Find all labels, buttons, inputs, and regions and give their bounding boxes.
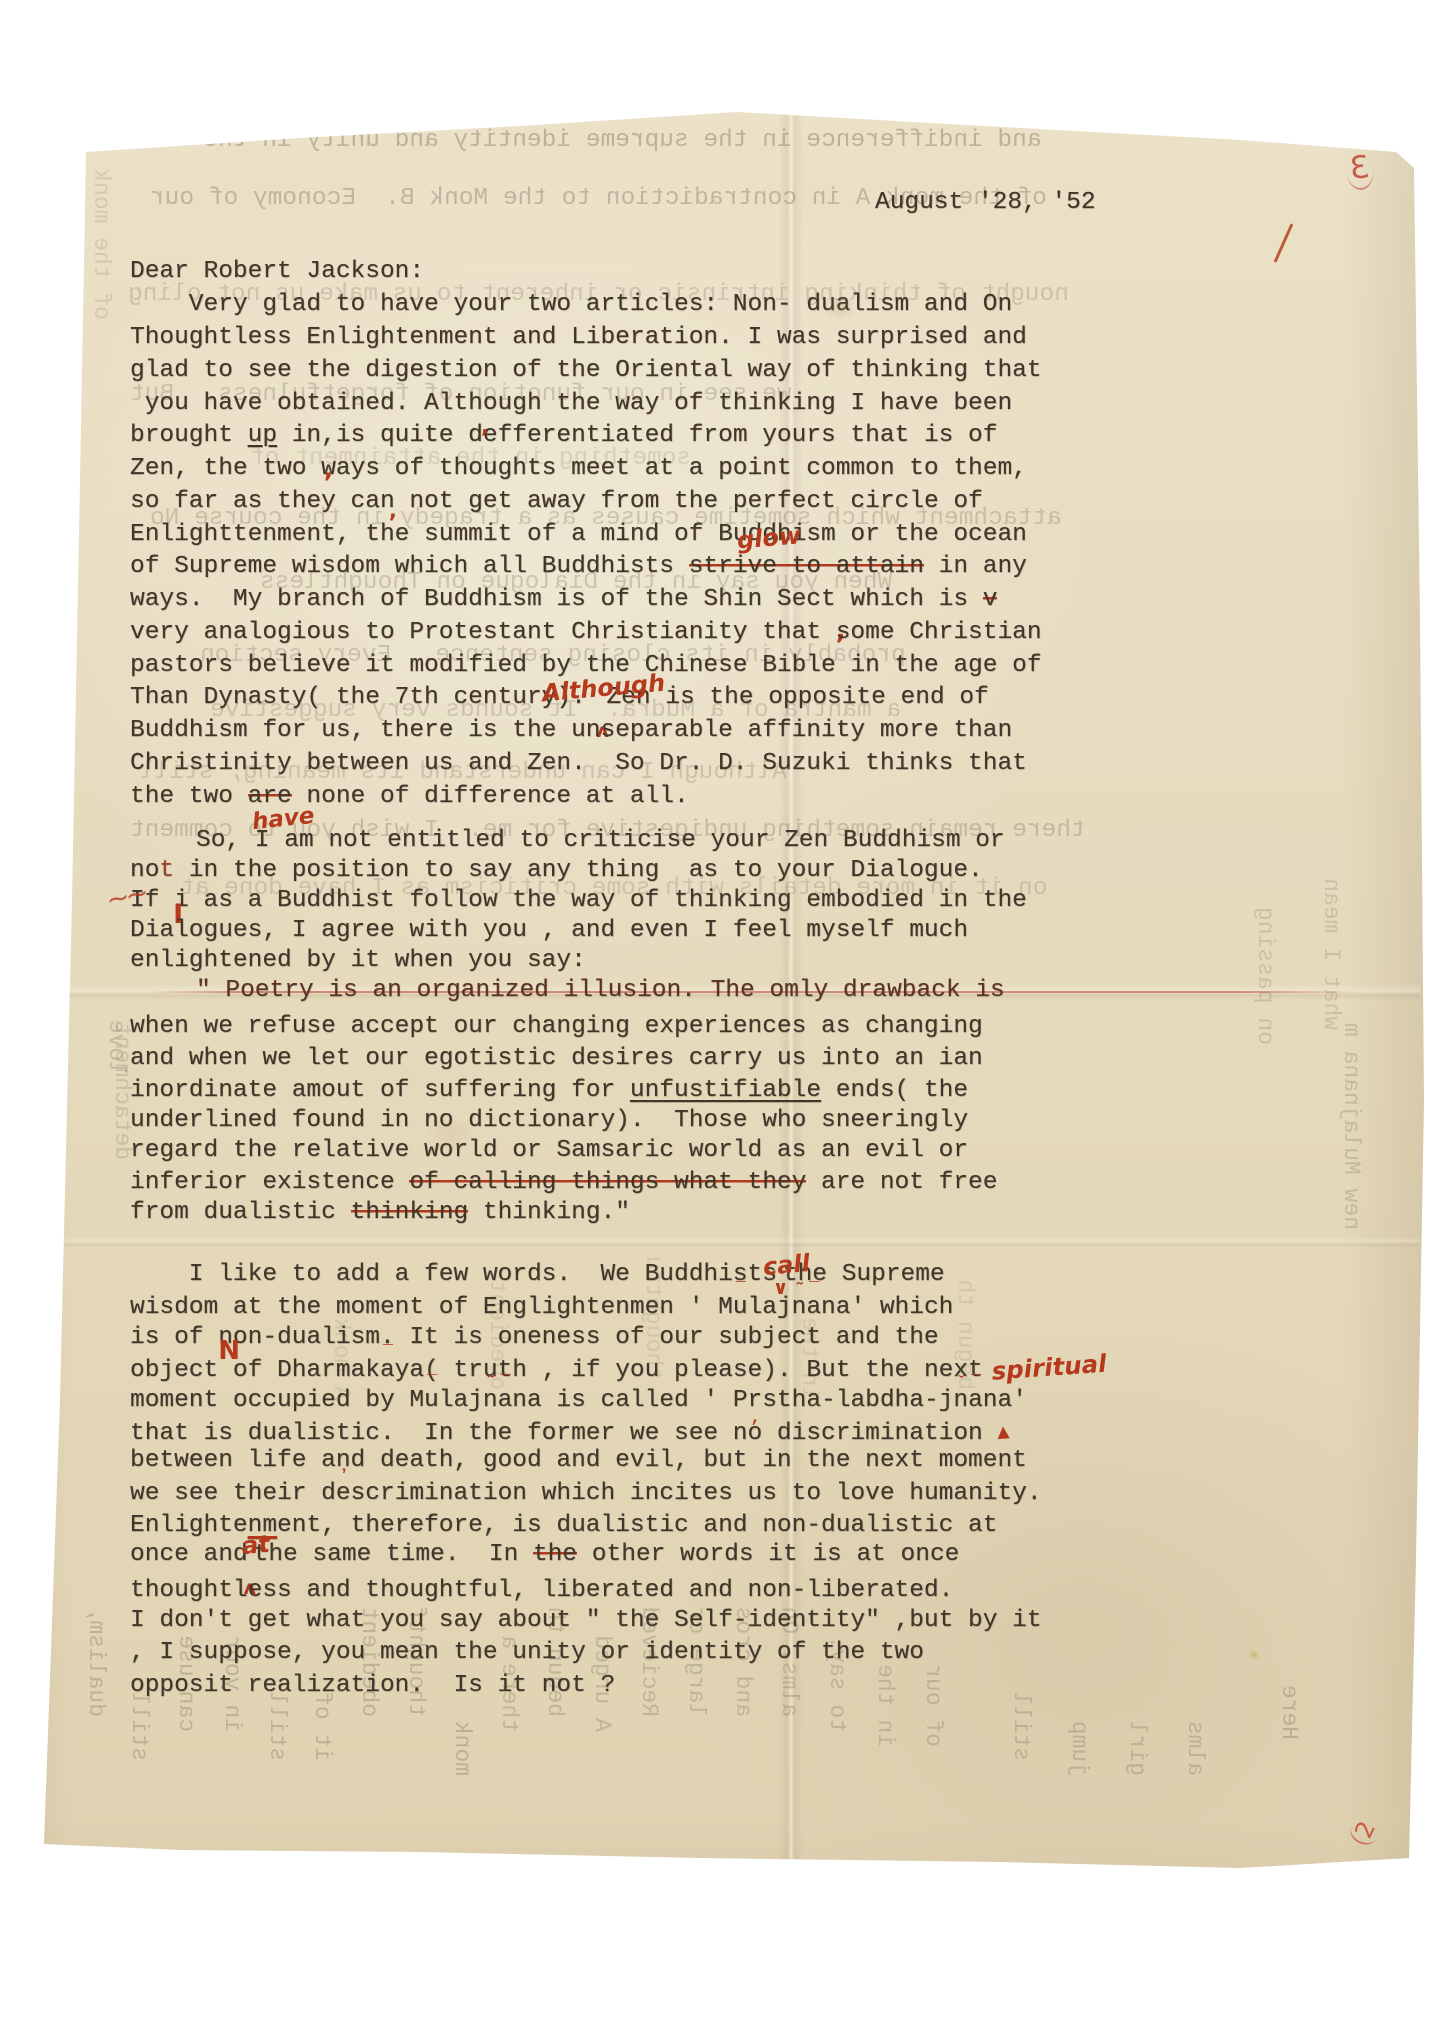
typed-line: regard the relative world or Samsaric wo…: [130, 1138, 968, 1163]
typed-line: , I suppose, you mean the unity or ident…: [130, 1640, 924, 1665]
typed-line: between life and death, good and evil, b…: [130, 1448, 1027, 1473]
bleedthrough-column: dualism,: [84, 1607, 107, 1717]
typed-line: I like to add a few words. We Buddhistsc…: [130, 1262, 945, 1287]
bleedthrough-column: it of: [310, 1692, 333, 1761]
typed-line: Dear Robert Jackson:: [130, 259, 424, 284]
bleedthrough-column: girl: [1125, 1721, 1148, 1776]
typed-line: Thoughtless Enlightenment and Liberation…: [130, 325, 1027, 350]
bleedthrough-column: in the: [873, 1664, 896, 1747]
typed-line: that is dualistic. In the former we see …: [130, 1418, 1010, 1446]
bleedthrough-column: on passing: [1253, 907, 1276, 1045]
typed-line: Very glad to have your two articles: Non…: [130, 292, 1012, 317]
typed-line: Buddhism for us, there is the unseparabl…: [130, 718, 1012, 743]
paper-stain: [1248, 1650, 1260, 1660]
lower-fold-crease: [60, 1236, 1420, 1248]
typed-line: moment occupied by Mulajnana¯˜¯ is calle…: [130, 1388, 1027, 1413]
typed-line: enlightened by it when you say:: [130, 948, 586, 973]
bleedthrough-column: what I mean: [1319, 878, 1342, 1030]
typed-line: pastors believe it modified by the Chine…: [130, 653, 1042, 678]
typed-line: August '28, '52: [875, 190, 1096, 215]
typed-line: opposit realization. Is it not ?: [130, 1673, 615, 1698]
typed-line: glad to see the digestion of the Orienta…: [130, 358, 1042, 383]
scanned-letter: and indifference in the supreme identity…: [0, 0, 1445, 2023]
typed-line: not in the position to say any thing as …: [130, 858, 983, 883]
typed-line: you have obtained. Although the way of t…: [130, 391, 1012, 416]
typed-line: " Poetry is an organized illusion. The o…: [196, 978, 1005, 1003]
typed-line: the two arehave none of difference at al…: [130, 784, 689, 809]
typed-line: when we refuse accept our changing exper…: [130, 1014, 983, 1039]
typed-line: of Supreme wisdom which all Buddhists st…: [130, 554, 1027, 579]
bleedthrough-column: of the monk: [89, 168, 112, 320]
letter-paper: and indifference in the supreme identity…: [0, 0, 1445, 2023]
typed-line: and when we let our egotistic desires ca…: [130, 1046, 983, 1071]
typed-line: So, I am not entitled to criticise your …: [196, 828, 1005, 853]
bleedthrough-text: and indifference in the supreme identity…: [130, 128, 1042, 153]
typed-line: underlined found in no dictionary). Thos…: [130, 1108, 968, 1133]
bleedthrough-column: alms: [1183, 1721, 1206, 1776]
typed-line: I don't get what you say about " the Sel…: [130, 1608, 1042, 1633]
typed-line: inferior existence of calling things wha…: [130, 1170, 997, 1195]
bleedthrough-column: still: [265, 1692, 288, 1761]
bleedthrough-column: of our: [921, 1664, 944, 1747]
typed-line: brought up in,,is quite dʼefferentiated …: [130, 423, 997, 448]
paper-stain: [420, 1120, 480, 1150]
typed-line: we see their descriminationʼ which incit…: [130, 1481, 1042, 1506]
typed-line: very analogious to Protestant Christiani…: [130, 620, 1042, 645]
typed-line: from dualistic thinking thinking.": [130, 1200, 630, 1225]
bleedthrough-column: monk: [450, 1721, 473, 1776]
typed-line: Enlighttenment, the summit of a mind of …: [130, 522, 1027, 547]
typed-line: Dialogues, I agree with you , and even I…: [130, 918, 968, 943]
bleedthrough-column: Here: [1277, 1685, 1300, 1740]
typed-line: thoughtless and thoughtful, liberated an…: [130, 1578, 953, 1603]
bleedthrough-column: still: [1009, 1692, 1032, 1761]
typed-line: inordinate amout of suffering for unfust…: [130, 1078, 968, 1103]
typed-line: so far as they canʼ not get away from th…: [130, 489, 983, 514]
typed-line: Zen, the two ways of thoughts meet at a …: [130, 456, 1027, 481]
typed-line: Christinity between us and Zen. So Dr. D…: [130, 751, 1027, 776]
typed-line: If Ii as a Buddhist follow the way of th…: [130, 888, 1027, 913]
typed-line: ways. My branch of Buddhism is of the Sh…: [130, 587, 997, 612]
typed-line: is of Nnon-dualism. It is oneness of our…: [130, 1325, 939, 1350]
bleedthrough-column: still: [127, 1692, 150, 1761]
paper-stain: [820, 296, 860, 318]
typed-line: once andatʌthe same time. In the other w…: [130, 1542, 959, 1567]
bleedthrough-column: jump: [1067, 1721, 1090, 1776]
typed-line: Than Dynasty( the 7th century). Although…: [130, 685, 989, 710]
typed-line: wisdom at the moment of Englightenmen ' …: [130, 1295, 953, 1320]
bleedthrough-column: new Mulajnana m: [1339, 1023, 1362, 1230]
